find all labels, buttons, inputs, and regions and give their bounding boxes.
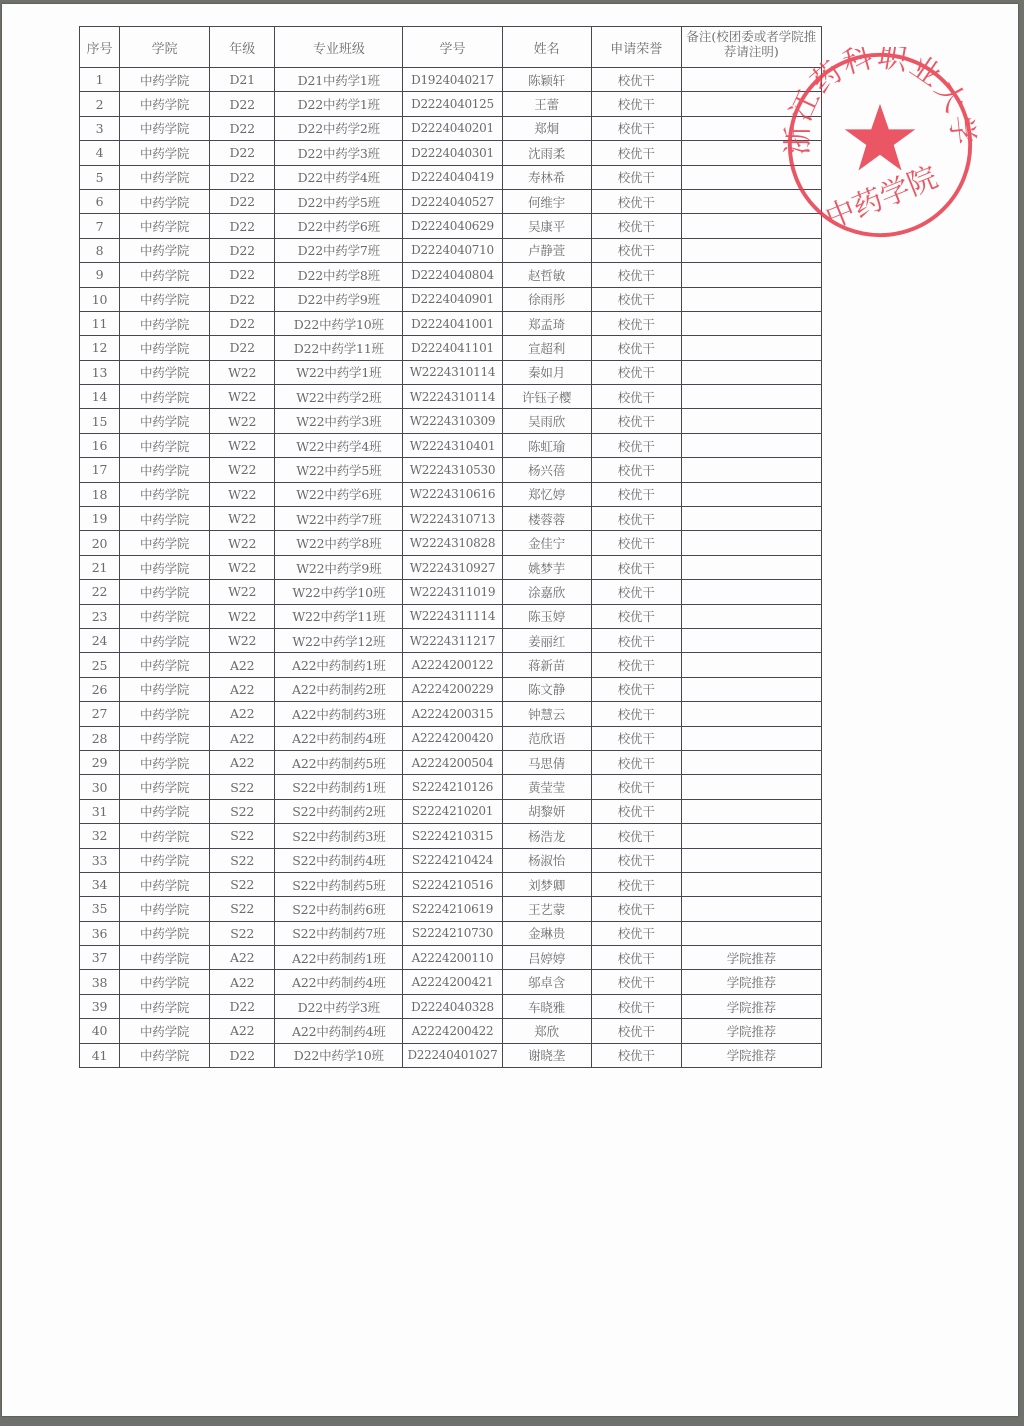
- cell-student-id: D2224041001: [403, 311, 502, 335]
- cell-college: 中药学院: [120, 970, 210, 994]
- cell-college: 中药学院: [120, 385, 210, 409]
- cell-remark: [681, 531, 821, 555]
- cell-index: 35: [80, 897, 120, 921]
- cell-college: 中药学院: [120, 189, 210, 213]
- cell-grade: S22: [210, 921, 275, 945]
- cell-remark: [681, 872, 821, 896]
- cell-class: W22中药学7班: [275, 507, 403, 531]
- cell-grade: S22: [210, 848, 275, 872]
- cell-college: 中药学院: [120, 750, 210, 774]
- cell-remark: [681, 580, 821, 604]
- cell-honor: 校优干: [591, 141, 681, 165]
- table-row: 19中药学院W22W22中药学7班W2224310713楼蓉蓉校优干: [80, 507, 822, 531]
- cell-index: 25: [80, 653, 120, 677]
- cell-student-id: W2224311019: [403, 580, 502, 604]
- cell-index: 18: [80, 482, 120, 506]
- cell-remark: [681, 555, 821, 579]
- header-index: 序号: [80, 27, 120, 68]
- cell-college: 中药学院: [120, 677, 210, 701]
- cell-name: 陈虹瑜: [502, 433, 591, 457]
- cell-index: 3: [80, 116, 120, 140]
- cell-grade: A22: [210, 970, 275, 994]
- cell-name: 胡黎妍: [502, 799, 591, 823]
- cell-remark: [681, 628, 821, 652]
- cell-name: 陈文静: [502, 677, 591, 701]
- cell-grade: W22: [210, 555, 275, 579]
- cell-remark: [681, 214, 821, 238]
- cell-index: 32: [80, 824, 120, 848]
- cell-college: 中药学院: [120, 775, 210, 799]
- cell-honor: 校优干: [591, 263, 681, 287]
- cell-name: 吴雨欣: [502, 409, 591, 433]
- cell-grade: A22: [210, 653, 275, 677]
- cell-student-id: W2224310114: [403, 385, 502, 409]
- cell-student-id: A2224200504: [403, 750, 502, 774]
- cell-college: 中药学院: [120, 628, 210, 652]
- cell-honor: 校优干: [591, 482, 681, 506]
- cell-name: 杨兴蓓: [502, 458, 591, 482]
- cell-name: 姚梦芋: [502, 555, 591, 579]
- cell-name: 范欣语: [502, 726, 591, 750]
- cell-class: W22中药学6班: [275, 482, 403, 506]
- cell-student-id: A2224200421: [403, 970, 502, 994]
- cell-class: W22中药学11班: [275, 604, 403, 628]
- table-row: 3中药学院D22D22中药学2班D2224040201郑炯校优干: [80, 116, 822, 140]
- cell-name: 寿林希: [502, 165, 591, 189]
- table-row: 23中药学院W22W22中药学11班W2224311114陈玉婷校优干: [80, 604, 822, 628]
- cell-honor: 校优干: [591, 946, 681, 970]
- cell-index: 30: [80, 775, 120, 799]
- cell-college: 中药学院: [120, 653, 210, 677]
- cell-index: 28: [80, 726, 120, 750]
- table-row: 27中药学院A22A22中药制药3班A2224200315钟慧云校优干: [80, 702, 822, 726]
- cell-college: 中药学院: [120, 238, 210, 262]
- cell-class: W22中药学12班: [275, 628, 403, 652]
- cell-class: W22中药学10班: [275, 580, 403, 604]
- cell-grade: W22: [210, 531, 275, 555]
- cell-student-id: W2224310530: [403, 458, 502, 482]
- cell-name: 杨淑怡: [502, 848, 591, 872]
- cell-college: 中药学院: [120, 1043, 210, 1067]
- cell-class: S22中药制药3班: [275, 824, 403, 848]
- cell-remark: [681, 677, 821, 701]
- table-body: 1中药学院D21D21中药学1班D1924040217陈颖轩校优干2中药学院D2…: [80, 68, 822, 1068]
- cell-remark: [681, 897, 821, 921]
- cell-name: 郑欣: [502, 1019, 591, 1043]
- cell-name: 徐雨彤: [502, 287, 591, 311]
- cell-student-id: D22240401027: [403, 1043, 502, 1067]
- cell-grade: D22: [210, 141, 275, 165]
- cell-remark: [681, 507, 821, 531]
- cell-college: 中药学院: [120, 458, 210, 482]
- cell-name: 卢静萱: [502, 238, 591, 262]
- cell-college: 中药学院: [120, 848, 210, 872]
- cell-index: 7: [80, 214, 120, 238]
- cell-name: 吴康平: [502, 214, 591, 238]
- star-icon: [845, 104, 916, 171]
- cell-student-id: A2224200122: [403, 653, 502, 677]
- cell-college: 中药学院: [120, 921, 210, 945]
- cell-grade: A22: [210, 702, 275, 726]
- cell-remark: [681, 726, 821, 750]
- cell-honor: 校优干: [591, 238, 681, 262]
- table-row: 15中药学院W22W22中药学3班W2224310309吴雨欣校优干: [80, 409, 822, 433]
- cell-student-id: W2224311217: [403, 628, 502, 652]
- cell-index: 11: [80, 311, 120, 335]
- cell-student-id: W2224310309: [403, 409, 502, 433]
- table-row: 12中药学院D22D22中药学11班D2224041101宣超利校优干: [80, 336, 822, 360]
- cell-honor: 校优干: [591, 555, 681, 579]
- cell-college: 中药学院: [120, 433, 210, 457]
- cell-name: 吕婷婷: [502, 946, 591, 970]
- cell-student-id: S2224210516: [403, 872, 502, 896]
- cell-student-id: A2224200422: [403, 1019, 502, 1043]
- cell-honor: 校优干: [591, 726, 681, 750]
- cell-index: 41: [80, 1043, 120, 1067]
- cell-index: 17: [80, 458, 120, 482]
- cell-index: 40: [80, 1019, 120, 1043]
- cell-remark: 学院推荐: [681, 970, 821, 994]
- cell-honor: 校优干: [591, 189, 681, 213]
- cell-name: 蒋新苗: [502, 653, 591, 677]
- cell-honor: 校优干: [591, 1019, 681, 1043]
- cell-grade: W22: [210, 482, 275, 506]
- cell-honor: 校优干: [591, 604, 681, 628]
- cell-name: 马思倩: [502, 750, 591, 774]
- cell-student-id: S2224210730: [403, 921, 502, 945]
- cell-honor: 校优干: [591, 433, 681, 457]
- cell-student-id: A2224200229: [403, 677, 502, 701]
- cell-grade: D22: [210, 263, 275, 287]
- cell-college: 中药学院: [120, 263, 210, 287]
- cell-class: D22中药学10班: [275, 311, 403, 335]
- table-row: 2中药学院D22D22中药学1班D2224040125王蕾校优干: [80, 92, 822, 116]
- cell-student-id: A2224200110: [403, 946, 502, 970]
- cell-index: 26: [80, 677, 120, 701]
- cell-grade: S22: [210, 897, 275, 921]
- cell-college: 中药学院: [120, 482, 210, 506]
- cell-college: 中药学院: [120, 116, 210, 140]
- table-row: 1中药学院D21D21中药学1班D1924040217陈颖轩校优干: [80, 68, 822, 92]
- cell-grade: A22: [210, 677, 275, 701]
- cell-class: A22中药制药2班: [275, 677, 403, 701]
- honor-roster-table: 序号 学院 年级 专业班级 学号 姓名 申请荣誉 备注(校团委或者学院推荐请注明…: [79, 26, 822, 1068]
- cell-name: 涂嘉欣: [502, 580, 591, 604]
- cell-student-id: S2224210201: [403, 799, 502, 823]
- cell-grade: D22: [210, 1043, 275, 1067]
- cell-index: 8: [80, 238, 120, 262]
- cell-remark: [681, 311, 821, 335]
- cell-name: 许钰子樱: [502, 385, 591, 409]
- cell-class: D22中药学8班: [275, 263, 403, 287]
- cell-student-id: D2224040901: [403, 287, 502, 311]
- cell-grade: D22: [210, 311, 275, 335]
- cell-class: A22中药制药1班: [275, 946, 403, 970]
- cell-college: 中药学院: [120, 92, 210, 116]
- cell-index: 5: [80, 165, 120, 189]
- cell-honor: 校优干: [591, 458, 681, 482]
- cell-index: 27: [80, 702, 120, 726]
- cell-class: S22中药制药5班: [275, 872, 403, 896]
- table-row: 35中药学院S22S22中药制药6班S2224210619王艺蒙校优干: [80, 897, 822, 921]
- cell-student-id: S2224210126: [403, 775, 502, 799]
- cell-honor: 校优干: [591, 897, 681, 921]
- table-row: 16中药学院W22W22中药学4班W2224310401陈虹瑜校优干: [80, 433, 822, 457]
- cell-name: 邬卓含: [502, 970, 591, 994]
- cell-honor: 校优干: [591, 628, 681, 652]
- cell-name: 陈颖轩: [502, 68, 591, 92]
- cell-student-id: D2224041101: [403, 336, 502, 360]
- cell-grade: D22: [210, 165, 275, 189]
- cell-class: A22中药制药4班: [275, 1019, 403, 1043]
- table-row: 29中药学院A22A22中药制药5班A2224200504马思倩校优干: [80, 750, 822, 774]
- cell-class: D22中药学10班: [275, 1043, 403, 1067]
- cell-index: 12: [80, 336, 120, 360]
- cell-honor: 校优干: [591, 165, 681, 189]
- header-grade: 年级: [210, 27, 275, 68]
- cell-index: 37: [80, 946, 120, 970]
- cell-name: 赵哲敏: [502, 263, 591, 287]
- cell-college: 中药学院: [120, 311, 210, 335]
- cell-class: D22中药学2班: [275, 116, 403, 140]
- cell-index: 21: [80, 555, 120, 579]
- cell-grade: W22: [210, 628, 275, 652]
- cell-student-id: D2224040419: [403, 165, 502, 189]
- cell-student-id: W2224311114: [403, 604, 502, 628]
- cell-name: 黄莹莹: [502, 775, 591, 799]
- cell-student-id: D2224040125: [403, 92, 502, 116]
- cell-index: 19: [80, 507, 120, 531]
- cell-name: 金佳宁: [502, 531, 591, 555]
- table-row: 41中药学院D22D22中药学10班D22240401027谢晓垄校优干学院推荐: [80, 1043, 822, 1067]
- cell-grade: A22: [210, 726, 275, 750]
- header-honor: 申请荣誉: [591, 27, 681, 68]
- cell-student-id: S2224210315: [403, 824, 502, 848]
- cell-class: W22中药学2班: [275, 385, 403, 409]
- table-row: 26中药学院A22A22中药制药2班A2224200229陈文静校优干: [80, 677, 822, 701]
- cell-student-id: W2224310114: [403, 360, 502, 384]
- cell-honor: 校优干: [591, 677, 681, 701]
- cell-class: W22中药学4班: [275, 433, 403, 457]
- cell-college: 中药学院: [120, 141, 210, 165]
- header-class: 专业班级: [275, 27, 403, 68]
- cell-honor: 校优干: [591, 360, 681, 384]
- cell-grade: W22: [210, 604, 275, 628]
- header-college: 学院: [120, 27, 210, 68]
- cell-college: 中药学院: [120, 994, 210, 1018]
- cell-class: S22中药制药1班: [275, 775, 403, 799]
- cell-class: W22中药学9班: [275, 555, 403, 579]
- cell-grade: D22: [210, 994, 275, 1018]
- cell-grade: W22: [210, 385, 275, 409]
- cell-college: 中药学院: [120, 555, 210, 579]
- table-row: 11中药学院D22D22中药学10班D2224041001郑孟琦校优干: [80, 311, 822, 335]
- cell-college: 中药学院: [120, 604, 210, 628]
- cell-student-id: D2224040804: [403, 263, 502, 287]
- cell-index: 13: [80, 360, 120, 384]
- table-row: 33中药学院S22S22中药制药4班S2224210424杨淑怡校优干: [80, 848, 822, 872]
- cell-remark: [681, 116, 821, 140]
- seal-center-text: 中药学院: [821, 160, 943, 236]
- cell-index: 29: [80, 750, 120, 774]
- cell-grade: W22: [210, 360, 275, 384]
- cell-name: 谢晓垄: [502, 1043, 591, 1067]
- cell-remark: [681, 848, 821, 872]
- table-row: 6中药学院D22D22中药学5班D2224040527何维宇校优干: [80, 189, 822, 213]
- cell-index: 36: [80, 921, 120, 945]
- cell-honor: 校优干: [591, 507, 681, 531]
- cell-class: D22中药学5班: [275, 189, 403, 213]
- cell-name: 宣超利: [502, 336, 591, 360]
- cell-index: 9: [80, 263, 120, 287]
- table-row: 30中药学院S22S22中药制药1班S2224210126黄莹莹校优干: [80, 775, 822, 799]
- header-student-id: 学号: [403, 27, 502, 68]
- cell-honor: 校优干: [591, 848, 681, 872]
- cell-honor: 校优干: [591, 921, 681, 945]
- cell-remark: [681, 433, 821, 457]
- cell-remark: [681, 409, 821, 433]
- cell-class: S22中药制药4班: [275, 848, 403, 872]
- cell-class: A22中药制药1班: [275, 653, 403, 677]
- cell-grade: A22: [210, 750, 275, 774]
- cell-name: 何维宇: [502, 189, 591, 213]
- cell-index: 14: [80, 385, 120, 409]
- cell-honor: 校优干: [591, 68, 681, 92]
- cell-student-id: S2224210619: [403, 897, 502, 921]
- cell-grade: D22: [210, 238, 275, 262]
- cell-name: 刘梦卿: [502, 872, 591, 896]
- cell-college: 中药学院: [120, 946, 210, 970]
- cell-remark: [681, 92, 821, 116]
- cell-student-id: W2224310828: [403, 531, 502, 555]
- cell-name: 楼蓉蓉: [502, 507, 591, 531]
- cell-remark: [681, 336, 821, 360]
- cell-class: S22中药制药6班: [275, 897, 403, 921]
- table-row: 39中药学院D22D22中药学3班D2224040328车晓雅校优干学院推荐: [80, 994, 822, 1018]
- cell-student-id: A2224200420: [403, 726, 502, 750]
- cell-index: 4: [80, 141, 120, 165]
- cell-index: 22: [80, 580, 120, 604]
- table-row: 14中药学院W22W22中药学2班W2224310114许钰子樱校优干: [80, 385, 822, 409]
- cell-honor: 校优干: [591, 994, 681, 1018]
- cell-class: A22中药制药4班: [275, 726, 403, 750]
- cell-name: 杨浩龙: [502, 824, 591, 848]
- cell-remark: [681, 68, 821, 92]
- cell-college: 中药学院: [120, 409, 210, 433]
- cell-honor: 校优干: [591, 92, 681, 116]
- table-row: 17中药学院W22W22中药学5班W2224310530杨兴蓓校优干: [80, 458, 822, 482]
- cell-grade: W22: [210, 507, 275, 531]
- cell-honor: 校优干: [591, 824, 681, 848]
- cell-index: 31: [80, 799, 120, 823]
- table-row: 9中药学院D22D22中药学8班D2224040804赵哲敏校优干: [80, 263, 822, 287]
- cell-index: 6: [80, 189, 120, 213]
- cell-remark: [681, 165, 821, 189]
- cell-grade: D21: [210, 68, 275, 92]
- cell-name: 姜丽红: [502, 628, 591, 652]
- cell-class: W22中药学3班: [275, 409, 403, 433]
- cell-class: D22中药学11班: [275, 336, 403, 360]
- cell-class: S22中药制药7班: [275, 921, 403, 945]
- table-row: 22中药学院W22W22中药学10班W2224311019涂嘉欣校优干: [80, 580, 822, 604]
- cell-name: 陈玉婷: [502, 604, 591, 628]
- table-row: 25中药学院A22A22中药制药1班A2224200122蒋新苗校优干: [80, 653, 822, 677]
- cell-name: 郑炯: [502, 116, 591, 140]
- cell-name: 郑孟琦: [502, 311, 591, 335]
- cell-class: A22中药制药5班: [275, 750, 403, 774]
- cell-class: D22中药学7班: [275, 238, 403, 262]
- cell-honor: 校优干: [591, 872, 681, 896]
- cell-remark: [681, 482, 821, 506]
- cell-name: 秦如月: [502, 360, 591, 384]
- cell-student-id: W2224310713: [403, 507, 502, 531]
- header-remark: 备注(校团委或者学院推荐请注明): [681, 27, 821, 68]
- cell-grade: S22: [210, 775, 275, 799]
- cell-grade: W22: [210, 458, 275, 482]
- cell-remark: 学院推荐: [681, 1019, 821, 1043]
- cell-honor: 校优干: [591, 287, 681, 311]
- table-row: 20中药学院W22W22中药学8班W2224310828金佳宁校优干: [80, 531, 822, 555]
- table-row: 21中药学院W22W22中药学9班W2224310927姚梦芋校优干: [80, 555, 822, 579]
- cell-remark: 学院推荐: [681, 1043, 821, 1067]
- cell-student-id: D2224040301: [403, 141, 502, 165]
- cell-remark: [681, 360, 821, 384]
- cell-honor: 校优干: [591, 214, 681, 238]
- cell-class: D21中药学1班: [275, 68, 403, 92]
- table-row: 7中药学院D22D22中药学6班D2224040629吴康平校优干: [80, 214, 822, 238]
- cell-remark: [681, 458, 821, 482]
- table-row: 5中药学院D22D22中药学4班D2224040419寿林希校优干: [80, 165, 822, 189]
- cell-honor: 校优干: [591, 750, 681, 774]
- cell-honor: 校优干: [591, 311, 681, 335]
- cell-remark: [681, 775, 821, 799]
- cell-class: A22中药制药4班: [275, 970, 403, 994]
- cell-remark: [681, 189, 821, 213]
- table-row: 10中药学院D22D22中药学9班D2224040901徐雨彤校优干: [80, 287, 822, 311]
- table-row: 34中药学院S22S22中药制药5班S2224210516刘梦卿校优干: [80, 872, 822, 896]
- cell-index: 1: [80, 68, 120, 92]
- cell-student-id: D2224040527: [403, 189, 502, 213]
- cell-name: 钟慧云: [502, 702, 591, 726]
- table-row: 24中药学院W22W22中药学12班W2224311217姜丽红校优干: [80, 628, 822, 652]
- header-name: 姓名: [502, 27, 591, 68]
- cell-name: 郑忆婷: [502, 482, 591, 506]
- cell-student-id: W2224310401: [403, 433, 502, 457]
- cell-college: 中药学院: [120, 897, 210, 921]
- cell-college: 中药学院: [120, 68, 210, 92]
- table-row: 40中药学院A22A22中药制药4班A2224200422郑欣校优干学院推荐: [80, 1019, 822, 1043]
- cell-remark: [681, 238, 821, 262]
- cell-college: 中药学院: [120, 799, 210, 823]
- table-row: 4中药学院D22D22中药学3班D2224040301沈雨柔校优干: [80, 141, 822, 165]
- cell-remark: [681, 750, 821, 774]
- cell-college: 中药学院: [120, 531, 210, 555]
- cell-grade: S22: [210, 799, 275, 823]
- cell-college: 中药学院: [120, 165, 210, 189]
- cell-student-id: W2224310616: [403, 482, 502, 506]
- cell-student-id: W2224310927: [403, 555, 502, 579]
- cell-index: 39: [80, 994, 120, 1018]
- cell-class: A22中药制药3班: [275, 702, 403, 726]
- cell-class: D22中药学3班: [275, 994, 403, 1018]
- cell-name: 金琳贵: [502, 921, 591, 945]
- cell-honor: 校优干: [591, 580, 681, 604]
- cell-college: 中药学院: [120, 580, 210, 604]
- table-row: 8中药学院D22D22中药学7班D2224040710卢静萱校优干: [80, 238, 822, 262]
- cell-class: W22中药学8班: [275, 531, 403, 555]
- cell-grade: S22: [210, 824, 275, 848]
- cell-grade: D22: [210, 92, 275, 116]
